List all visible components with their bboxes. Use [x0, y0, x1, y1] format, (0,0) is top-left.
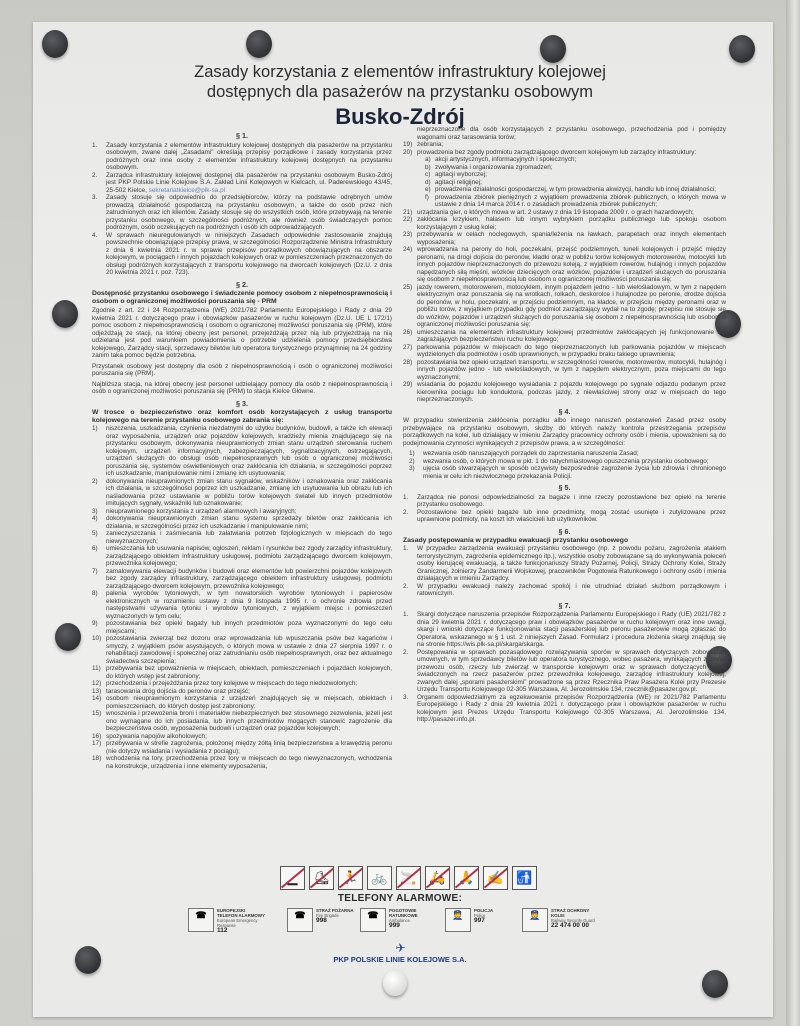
- emergency-number: 22 474 00 00: [551, 923, 599, 928]
- sub-item: f)prowadzenia zbiórek pieniężnych z wyją…: [403, 194, 726, 209]
- sub-item-letter: b): [425, 164, 435, 172]
- paragraph: Zgodnie z art. 22 i 24 Rozporządzenia (W…: [92, 307, 392, 360]
- item-text: przechodzenia i przejeżdżania przez tory…: [106, 680, 392, 688]
- company-name: PKP POLSKIE LINIE KOLEJOWE S.A.: [0, 955, 800, 964]
- item-text: żebrania;: [417, 141, 726, 149]
- title-line-2: dostępnych dla pasażerów na przystanku o…: [0, 82, 800, 102]
- item-number: 1.: [403, 494, 417, 509]
- list-item: 3)ujęcia osób stwarzających w sposób ocz…: [409, 465, 726, 480]
- item-text: pozostawiania zwierząt bez dozoru oraz w…: [106, 635, 392, 665]
- section-4-intro: W przypadku stwierdzenia zakłócenia porz…: [403, 417, 726, 447]
- list-item: 28)pozostawiania bez opieki urządzeń tra…: [403, 359, 726, 382]
- display-case-frame: [786, 0, 800, 1026]
- item-number: 8): [92, 590, 106, 620]
- item-number: 4.: [92, 232, 106, 277]
- phone-icon: ☎: [288, 909, 312, 921]
- list-item: 2)wezwania osób, o których mowa w pkt. 1…: [409, 458, 726, 466]
- item-number: 20): [403, 149, 417, 157]
- list-item: 17)przebywania w strefie zagrożenia, poł…: [92, 740, 392, 755]
- item-number: 16): [92, 733, 106, 741]
- list-item: 2.Pozostawione bez opieki bagaże lub inn…: [403, 509, 726, 524]
- list-item: 1)wezwania osób naruszających porządek d…: [409, 450, 726, 458]
- item-text: przebywania w strefie zagrożenia, położo…: [106, 740, 392, 755]
- list-item: 2.W przypadku ewakuacji należy zachować …: [403, 583, 726, 598]
- list-item: 8)palenia wyrobów tytoniowych, w tym now…: [92, 590, 392, 620]
- sub-item-letter: d): [425, 179, 435, 187]
- item-text: Organem odpowiedzialnym za egzekwowanie …: [417, 694, 726, 724]
- item-number: 2.: [403, 583, 417, 598]
- list-item: 13)tarasowania dróg dojścia do peronów o…: [92, 688, 392, 696]
- item-number: 3): [409, 465, 423, 480]
- list-item: 15)wnoszenia i przewożenia broni i mater…: [92, 710, 392, 733]
- phone-icon-box: ☎: [188, 908, 214, 932]
- section-3-items-left: 1)niszczenia, uszkadzania, czynienia nie…: [92, 425, 392, 770]
- item-number: 24): [403, 246, 417, 284]
- item-text: dokonywania nieuprawnionych zmian stanu …: [106, 478, 392, 508]
- emergency-straz-pozarna: ☎STRAŻ POŻARNAFire Brigade998: [287, 908, 364, 932]
- list-item: 3)nieuprawnionego korzystania z urządzeń…: [92, 508, 392, 516]
- list-item: 20)prowadzenia bez zgody podmiotu zarząd…: [403, 149, 726, 157]
- sub-item-text: prowadzenia zbiórek pieniężnych z wyjątk…: [435, 194, 726, 209]
- prohibition-pictograms: ▁⛸🏃🚲🚬🛵🙏✍🚮: [280, 866, 537, 890]
- list-item: 25)jazdy rowerem, motorowerem, motocykle…: [403, 284, 726, 329]
- item-text: tarasowania dróg dojścia do peronów oraz…: [106, 688, 392, 696]
- item-number: 21): [403, 209, 417, 217]
- item-number: 14): [92, 695, 106, 710]
- sub-item: b)zwoływania i organizowania zgromadzeń;: [403, 164, 726, 172]
- officer-icon: 👮: [446, 909, 470, 921]
- list-item: 2)dokonywania nieuprawnionych zmian stan…: [92, 478, 392, 508]
- sub-item-letter: c): [425, 171, 435, 179]
- emergency-europejski-telefon-alarmowy: ☎EUROPEJSKI TELEFON ALARMOWYEuropean Eme…: [188, 908, 265, 933]
- emergency-number: 112: [217, 928, 265, 933]
- item-number: 5): [92, 530, 106, 545]
- section-3-continuation: nieprzeznaczone dla osób korzystających …: [403, 126, 726, 141]
- phone-icon: ☎: [189, 909, 213, 921]
- item-text: wprowadzania na perony do holi, poczekal…: [417, 246, 726, 284]
- winged-wheel-icon: ✈: [0, 941, 800, 955]
- list-item: 1)niszczenia, uszkadzania, czynienia nie…: [92, 425, 392, 478]
- sub-item: e)prowadzenia działalności gospodarczej,…: [403, 186, 726, 194]
- sub-item-text: prowadzenia działalności gospodarczej, w…: [435, 186, 726, 194]
- section-3-label: § 3.: [92, 400, 392, 408]
- section-1-items: 1.Zasady korzystania z elementów infrast…: [92, 142, 392, 277]
- list-item: 4)dokonywania nieuprawnionych zmian stan…: [92, 515, 392, 530]
- section-2-paragraphs: Zgodnie z art. 22 i 24 Rozporządzenia (W…: [92, 307, 392, 396]
- officer-icon: 👮: [523, 909, 547, 921]
- item-number: 27): [403, 344, 417, 359]
- item-number: 4): [92, 515, 106, 530]
- item-number: 3): [92, 508, 106, 516]
- item-number: 3.: [403, 694, 417, 724]
- item-text: W przypadku ewakuacji należy zachować sp…: [417, 583, 726, 598]
- list-item: 1.Zasady korzystania z elementów infrast…: [92, 142, 392, 172]
- item-number: 23): [403, 231, 417, 246]
- sub-item-letter: f): [425, 194, 435, 209]
- item-text: zakłócania krzykiem, hałasem lub innym w…: [417, 216, 726, 231]
- list-item: 1.Zarządca nie ponosi odpowiedzialności …: [403, 494, 726, 509]
- magnet: [55, 623, 81, 651]
- magnet: [540, 35, 566, 63]
- item-text: przebywania bez upoważnienia w miejscach…: [106, 665, 392, 680]
- item-text: wnoszenia i przewożenia broni i materiał…: [106, 710, 392, 733]
- section-4-items: 1)wezwania osób naruszających porządek d…: [403, 450, 726, 480]
- emergency-service-name: POGOTOWIE RATUNKOWE: [389, 908, 418, 918]
- phone-icon-box: 👮: [445, 908, 471, 932]
- item-text: wezwania osób naruszających porządek do …: [423, 450, 726, 458]
- item-text: osobom nieuprawnionym korzystania z urzą…: [106, 695, 392, 710]
- paragraph: Przystanek osobowy jest dostępny dla osó…: [92, 363, 392, 378]
- emergency-label: EUROPEJSKI TELEFON ALARMOWYEuropean Emer…: [217, 908, 265, 933]
- item-number: 15): [92, 710, 106, 733]
- list-item: 27)parkowania pojazdów w miejscach do te…: [403, 344, 726, 359]
- title-line-1: Zasady korzystania z elementów infrastru…: [0, 62, 800, 82]
- item-number: 12): [92, 680, 106, 688]
- magnet: [246, 30, 272, 58]
- section-6-label: § 6.: [403, 528, 726, 536]
- emergency-label: POLICJAPolice997: [474, 908, 522, 923]
- magnet-white: [383, 970, 407, 996]
- list-item: 24)wprowadzania na perony do holi, pocze…: [403, 246, 726, 284]
- item-number: 6): [92, 545, 106, 568]
- item-text: przebywania w celach noclegowych, spania…: [417, 231, 726, 246]
- item-number: 7): [92, 568, 106, 591]
- list-item: 22)zakłócania krzykiem, hałasem lub inny…: [403, 216, 726, 231]
- sub-item: c)agitacji wyborczej;: [403, 171, 726, 179]
- list-item: 26)umieszczania na elementach infrastruk…: [403, 329, 726, 344]
- magnet: [702, 970, 728, 998]
- list-item: 29)wsiadania do pojazdu kolejowego wysia…: [403, 381, 726, 404]
- emergency-straz-ochrony-kolei: 👮STRAŻ OCHRONY KOLEIRailway Security Gua…: [522, 908, 599, 932]
- section-5-label: § 5.: [403, 484, 726, 492]
- no-smoking-icon: 🚬: [396, 866, 421, 890]
- left-column: § 1. 1.Zasady korzystania z elementów in…: [92, 128, 392, 770]
- item-number: 18): [92, 755, 106, 770]
- item-text: pozostawiania bez opieki urządzeń transp…: [417, 359, 726, 382]
- list-item: 19)żebrania;: [403, 141, 726, 149]
- item-number: 1): [409, 450, 423, 458]
- list-item: 7)zamalowywania elewacji budynków i budo…: [92, 568, 392, 591]
- item-number: 25): [403, 284, 417, 329]
- magnet: [52, 300, 78, 328]
- no-vehicles-icon: 🛵: [425, 866, 450, 890]
- item-text: wezwania osób, o których mowa w pkt. 1 d…: [423, 458, 726, 466]
- pkp-plk-logo: ✈ PKP POLSKIE LINIE KOLEJOWE S.A.: [0, 941, 800, 964]
- item-text: W przypadku zarządzenia ewakuacji przyst…: [417, 545, 726, 583]
- sub-item-text: agitacji religijnej;: [435, 179, 726, 187]
- item-text: Skargi dotyczące naruszenia przepisów Ro…: [417, 611, 726, 649]
- bicycle-glyph: 🚲: [368, 867, 391, 889]
- item-text: umieszczania na elementach infrastruktur…: [417, 329, 726, 344]
- item-text: Pozostawione bez opieki bagaże lub inne …: [417, 509, 726, 524]
- sub-item-text: agitacji wyborczej;: [435, 171, 726, 179]
- item-text: ujęcia osób stwarzających w sposób oczyw…: [423, 465, 726, 480]
- section-4-label: § 4.: [403, 408, 726, 416]
- notice-title: Zasady korzystania z elementów infrastru…: [0, 62, 800, 102]
- item-text: Zarządca infrastruktury kolejowej dostęp…: [106, 172, 392, 195]
- no-graffiti-icon: ✍: [483, 866, 508, 890]
- emergency-service-name: STRAŻ OCHRONY KOLEI: [551, 908, 589, 918]
- emergency-number: 997: [474, 918, 522, 923]
- use-bin-glyph: 🚮: [513, 867, 536, 889]
- section-2-label: § 2.: [92, 281, 392, 289]
- list-item: 5)zanieczyszczania i zaśmiecania lub zał…: [92, 530, 392, 545]
- right-column: nieprzeznaczone dla osób korzystających …: [403, 126, 726, 724]
- list-item: 1.W przypadku zarządzenia ewakuacji przy…: [403, 545, 726, 583]
- item-number: 9): [92, 620, 106, 635]
- item-number: 1.: [403, 611, 417, 649]
- email-link[interactable]: sekretariatkielce@plk-sa.pl: [147, 187, 225, 194]
- section-6-heading: Zasady postępowania w przypadku ewakuacj…: [403, 537, 726, 545]
- item-text: umieszczania lub usuwania napisów, ogłos…: [106, 545, 392, 568]
- sub-item-text: akcji artystycznych, informacyjnych i sp…: [435, 156, 726, 164]
- item-number: 2): [409, 458, 423, 466]
- section-7-label: § 7.: [403, 602, 726, 610]
- section-1-label: § 1.: [92, 132, 392, 140]
- list-item: 11)przebywania bez upoważnienia w miejsc…: [92, 665, 392, 680]
- sub-item-text: zwoływania i organizowania zgromadzeń;: [435, 164, 726, 172]
- section-6-items: 1.W przypadku zarządzenia ewakuacji przy…: [403, 545, 726, 598]
- section-2-heading: Dostępność przystanku osobowego i świadc…: [92, 290, 392, 306]
- item-text: dokonywania nieuprawnionych zmian stanu …: [106, 515, 392, 530]
- list-item: 2.Postępowania w sprawach pozasądowego r…: [403, 649, 726, 694]
- item-text: W sprawach nieuregulowanych w niniejszyc…: [106, 232, 392, 277]
- item-text: spożywania napojów alkoholowych;: [106, 733, 392, 741]
- item-text: wsiadania do pojazdu kolejowego wysiadan…: [417, 381, 726, 404]
- item-text: zanieczyszczania i zaśmiecania lub załat…: [106, 530, 392, 545]
- list-item: 2.Zarządca infrastruktury kolejowej dost…: [92, 172, 392, 195]
- list-item: 18)wchodzenia na tory, przechodzenia prz…: [92, 755, 392, 770]
- item-text: urządzania gier, o których mowa w art. 2…: [417, 209, 726, 217]
- item-number: 19): [403, 141, 417, 149]
- list-item: 12)przechodzenia i przejeżdżania przez t…: [92, 680, 392, 688]
- no-rollerskates-icon: ⛸: [309, 866, 334, 890]
- list-item: 3.Zasady stosuje się odpowiednio do prze…: [92, 194, 392, 232]
- item-text: pozostawiania bez opieki bagaży lub inny…: [106, 620, 392, 635]
- emergency-number: 999: [389, 923, 437, 928]
- magnet: [42, 30, 68, 58]
- list-item: 6)umieszczania lub usuwania napisów, ogł…: [92, 545, 392, 568]
- section-3-items-right: 19)żebrania;20)prowadzenia bez zgody pod…: [403, 141, 726, 404]
- item-number: 11): [92, 665, 106, 680]
- emergency-service-name: EUROPEJSKI TELEFON ALARMOWY: [217, 908, 265, 918]
- item-text: Zasady stosuje się odpowiednio do przeds…: [106, 194, 392, 232]
- sub-item: a)akcji artystycznych, informacyjnych i …: [403, 156, 726, 164]
- phone-icon-box: ☎: [360, 908, 386, 932]
- item-text: jazdy rowerem, motorowerem, motocyklem, …: [417, 284, 726, 329]
- item-number: 1.: [403, 545, 417, 583]
- item-text: nieuprawnionego korzystania z urządzeń a…: [106, 508, 392, 516]
- paragraph: Najbliższa stacja, na której obecny jest…: [92, 381, 392, 396]
- list-item: 23)przebywania w celach noclegowych, spa…: [403, 231, 726, 246]
- item-number: 13): [92, 688, 106, 696]
- emergency-label: STRAŻ POŻARNAFire Brigade998: [316, 908, 364, 923]
- list-item: 10)pozostawiania zwierząt bez dozoru ora…: [92, 635, 392, 665]
- section-3-heading: W trosce o bezpieczeństwo oraz komfort o…: [92, 409, 392, 425]
- item-text: Zasady korzystania z elementów infrastru…: [106, 142, 392, 172]
- emergency-number: 998: [316, 918, 364, 923]
- emergency-title: TELEFONY ALARMOWE:: [0, 893, 800, 904]
- item-number: 1.: [92, 142, 106, 172]
- item-text: wchodzenia na tory, przechodzenia przez …: [106, 755, 392, 770]
- item-number: 2.: [403, 649, 417, 694]
- no-begging-icon: 🙏: [454, 866, 479, 890]
- item-text: zamalowywania elewacji budynków i budowl…: [106, 568, 392, 591]
- list-item: 16)spożywania napojów alkoholowych;: [92, 733, 392, 741]
- item-number: 29): [403, 381, 417, 404]
- phone-icon: ☎: [361, 909, 385, 921]
- item-number: 22): [403, 216, 417, 231]
- use-bin-icon: 🚮: [512, 866, 537, 890]
- item-number: 28): [403, 359, 417, 382]
- phone-icon-box: ☎: [287, 908, 313, 932]
- emergency-label: STRAŻ OCHRONY KOLEIRailway Security Guar…: [551, 908, 599, 928]
- item-number: 2): [92, 478, 106, 508]
- sub-item-letter: e): [425, 186, 435, 194]
- item-text: palenia wyrobów tytoniowych, w tym nowat…: [106, 590, 392, 620]
- magnet: [729, 35, 755, 63]
- item-text: parkowania pojazdów w miejscach do tego …: [417, 344, 726, 359]
- emergency-label: POGOTOWIE RATUNKOWEAmbulance999: [389, 908, 437, 928]
- list-item: 14)osobom nieuprawnionym korzystania z u…: [92, 695, 392, 710]
- item-text: Postępowania w sprawach pozasądowego roz…: [417, 649, 726, 694]
- phone-icon-box: 👮: [522, 908, 548, 932]
- item-number: 3.: [92, 194, 106, 232]
- item-number: 10): [92, 635, 106, 665]
- emergency-pogotowie-ratunkowe: ☎POGOTOWIE RATUNKOWEAmbulance999: [360, 908, 437, 932]
- item-number: 2.: [403, 509, 417, 524]
- item-number: 17): [92, 740, 106, 755]
- list-item: 3.Organem odpowiedzialnym za egzekwowani…: [403, 694, 726, 724]
- list-item: 4.W sprawach nieuregulowanych w niniejsz…: [92, 232, 392, 277]
- item-text: prowadzenia bez zgody podmiotu zarządzaj…: [417, 149, 726, 157]
- section-7-items: 1.Skargi dotyczące naruszenia przepisów …: [403, 611, 726, 724]
- item-text: niszczenia, uszkadzania, czynienia niezd…: [106, 425, 392, 478]
- list-item: 21)urządzania gier, o których mowa w art…: [403, 209, 726, 217]
- section-5-items: 1.Zarządca nie ponosi odpowiedzialności …: [403, 494, 726, 524]
- list-item: 9)pozostawiania bez opieki bagaży lub in…: [92, 620, 392, 635]
- item-number: 26): [403, 329, 417, 344]
- bicycle-icon: 🚲: [367, 866, 392, 890]
- no-lying-icon: ▁: [280, 866, 305, 890]
- item-number: 2.: [92, 172, 106, 195]
- emergency-policja: 👮POLICJAPolice997: [445, 908, 522, 932]
- sub-item: d)agitacji religijnej;: [403, 179, 726, 187]
- item-number: 1): [92, 425, 106, 478]
- no-running-icon: 🏃: [338, 866, 363, 890]
- item-text: Zarządca nie ponosi odpowiedzialności za…: [417, 494, 726, 509]
- sub-item-letter: a): [425, 156, 435, 164]
- list-item: 1.Skargi dotyczące naruszenia przepisów …: [403, 611, 726, 649]
